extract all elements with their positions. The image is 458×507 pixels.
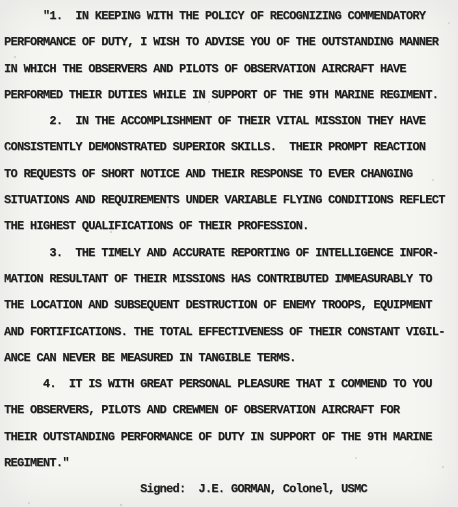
paragraph-2: 2. IN THE ACCOMPLISHMENT OF THEIR VITAL … <box>4 108 458 239</box>
text-line: THE LOCATION AND SUBSEQUENT DESTRUCTION … <box>4 292 458 318</box>
text-line: "1. IN KEEPING WITH THE POLICY OF RECOGN… <box>4 3 458 29</box>
text-line: MATION RESULTANT OF THEIR MISSIONS HAS C… <box>4 266 458 292</box>
text-line: 3. THE TIMELY AND ACCURATE REPORTING OF … <box>4 240 458 266</box>
text-line: CONSISTENTLY DEMONSTRATED SUPERIOR SKILL… <box>4 134 458 160</box>
text-line: THE HIGHEST QUALIFICATIONS OF THEIR PROF… <box>4 213 458 239</box>
text-line: 4. IT IS WITH GREAT PERSONAL PLEASURE TH… <box>4 371 458 397</box>
text-line: AND FORTIFICATIONS. THE TOTAL EFFECTIVEN… <box>4 319 458 345</box>
scan-noise <box>0 0 2 2</box>
text-line: SITUATIONS AND REQUIREMENTS UNDER VARIAB… <box>4 187 458 213</box>
text-line: PERFORMANCE OF DUTY, I WISH TO ADVISE YO… <box>4 29 458 55</box>
paragraph-4: 4. IT IS WITH GREAT PERSONAL PLEASURE TH… <box>4 371 458 476</box>
text-line: ANCE CAN NEVER BE MEASURED IN TANGIBLE T… <box>4 345 458 371</box>
text-line: TO REQUESTS OF SHORT NOTICE AND THEIR RE… <box>4 161 458 187</box>
text-line: PERFORMED THEIR DUTIES WHILE IN SUPPORT … <box>4 82 458 108</box>
signature-line: Signed: J.E. GORMAN, Colonel, USMC <box>4 476 458 502</box>
text-line: THE OBSERVERS, PILOTS AND CREWMEN OF OBS… <box>4 397 458 423</box>
text-line: REGIMENT." <box>4 450 458 476</box>
text-line: THEIR OUTSTANDING PERFORMANCE OF DUTY IN… <box>4 424 458 450</box>
text-line: 2. IN THE ACCOMPLISHMENT OF THEIR VITAL … <box>4 108 458 134</box>
paragraph-3: 3. THE TIMELY AND ACCURATE REPORTING OF … <box>4 240 458 371</box>
text-line: IN WHICH THE OBSERVERS AND PILOTS OF OBS… <box>4 56 458 82</box>
scanned-letter-page: "1. IN KEEPING WITH THE POLICY OF RECOGN… <box>0 0 458 507</box>
paragraph-1: "1. IN KEEPING WITH THE POLICY OF RECOGN… <box>4 3 458 108</box>
